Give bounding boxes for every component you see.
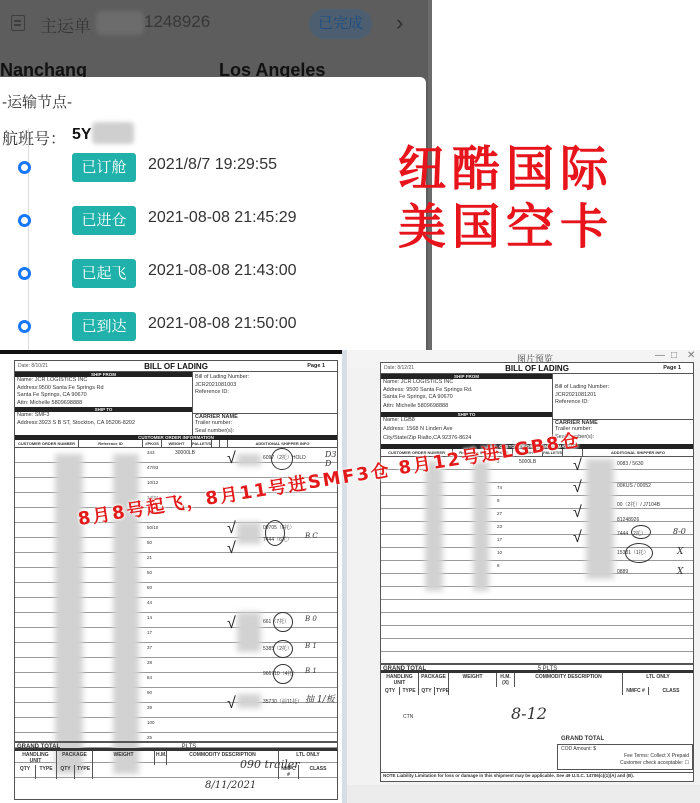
ship-from-attn: Attn: Michelle 5809698888	[381, 403, 552, 412]
pkgs-cell: 6	[497, 498, 500, 503]
check-mark-icon: √	[573, 529, 582, 547]
circle-mark	[273, 640, 293, 658]
carrier-label: CARRIER NAME	[193, 413, 337, 421]
circle-mark	[271, 448, 293, 470]
footer-header: HANDLING UNIT PACKAGE WEIGHT H.M. COMMOD…	[15, 751, 337, 765]
table-row	[381, 639, 693, 652]
ship-from-city: Santa Fe Springs, CA 90670	[15, 392, 192, 400]
timeline-item: 已进仓 2021-08-08 21:45:29	[0, 205, 426, 235]
bol-number: JCR2021081003	[193, 382, 337, 390]
timeline-time: 2021/8/7 19:29:55	[148, 156, 277, 174]
shipper-note: 35730（前11托）	[263, 698, 302, 705]
redacted-cell	[237, 522, 261, 544]
check-mark-icon: √	[227, 450, 236, 468]
pkgs-cell: 50	[147, 570, 152, 575]
bol-title: BILL OF LADING	[15, 362, 337, 371]
redacted-flight-number	[92, 122, 134, 144]
liability-note: NOTE Liability Limitation for loss or da…	[381, 772, 693, 778]
carrier-label: CARRIER NAME	[553, 419, 693, 427]
handwritten-note: B 0	[305, 615, 317, 623]
timeline-tag: 已到达	[72, 312, 136, 341]
document-icon	[11, 15, 25, 31]
pkgs-cell: 39	[147, 705, 152, 710]
pkgs-cell: 50	[147, 585, 152, 590]
bol-number: JCR2021081201	[553, 392, 693, 400]
reference-label: Reference ID:	[193, 389, 337, 397]
ship-to-address: Address:3923 S B ST, Stockton, CA 95206-…	[15, 420, 192, 428]
pkgs-cell: 343	[147, 450, 155, 455]
redacted-column	[586, 459, 614, 579]
handwritten-note: B 1	[305, 667, 317, 675]
check-mark-icon: √	[227, 520, 236, 538]
brand-line-2: 美国空卡	[398, 198, 658, 256]
ctn-label: CTN	[403, 714, 413, 720]
mawb-number: 1248926	[144, 12, 210, 32]
ship-from-address: Address:9500 Santa Fe Springs Rd	[15, 385, 192, 393]
pkgs-cell: 50/10	[147, 525, 158, 530]
footer-subheader: QTY TYPE QTY TYPE NMFC # CLASS	[15, 765, 337, 779]
bol-footer: GRAND TOTAL PLTS HANDLING UNIT PACKAGE W…	[15, 741, 337, 779]
pkgs-cell: 44	[147, 600, 152, 605]
pkgs-cell: 100	[147, 720, 155, 725]
check-mark-icon: √	[227, 695, 236, 713]
check-mark-icon: √	[227, 540, 236, 558]
shipper-note: 00（2托）/ J7104B	[617, 501, 660, 508]
close-icon[interactable]: ✕	[687, 350, 695, 361]
ship-from-name: Name: JCR LOGISTICS INC	[15, 377, 192, 385]
handwritten-note: B C	[305, 532, 318, 540]
timeline-dot-icon	[18, 320, 31, 333]
table-header: CUSTOMER ORDER NUMBER Reference ID #PKGS…	[15, 440, 337, 448]
brand-title: 纽酷国际 美国空卡	[398, 140, 658, 256]
handwritten-signature: 8-12	[511, 704, 547, 723]
check-mark-icon: √	[227, 615, 236, 633]
ship-from-address: Address: 9500 Santa Fe Springs Rd.	[381, 387, 552, 395]
circle-mark	[625, 543, 653, 563]
weight-value: 30000LB	[175, 450, 195, 456]
customer-order-table: CUSTOMER ORDER NUMBER Reference ID #PKGS…	[381, 449, 693, 652]
status-badge: 已完成	[309, 9, 372, 39]
pkgs-cell: 17	[147, 630, 152, 635]
handwritten-note: X	[677, 547, 683, 557]
timeline-time: 2021-08-08 21:50:00	[148, 315, 297, 333]
timeline-time: 2021-08-08 21:43:00	[148, 262, 297, 280]
timeline-tag: 已订舱	[72, 153, 136, 182]
pkgs-cell: 90	[147, 690, 152, 695]
seal-label: Seal number(s):	[193, 428, 337, 436]
bill-of-lading-smf3: Date: 8/10/21 BILL OF LADING Page 1 SHIP…	[0, 350, 346, 803]
redacted-column	[55, 454, 83, 774]
footer-header: HANDLING UNIT PACKAGE WEIGHT H.M. (X) CO…	[381, 673, 693, 687]
pkgs-cell: 27	[497, 511, 502, 516]
mawb-label: 主运单	[40, 12, 91, 37]
pkgs-cell: 25	[147, 735, 152, 740]
redacted-cell	[237, 454, 261, 466]
ship-to-name: Name: LGB8	[381, 417, 552, 426]
mawb-header[interactable]: 主运单 1248926 已完成 › Nanchang Los Angeles	[0, 0, 428, 78]
redacted-cell	[237, 612, 261, 652]
timeline-time: 2021-08-08 21:45:29	[148, 209, 297, 227]
check-mark-icon: √	[573, 457, 582, 475]
handwritten-note: B 1	[305, 642, 317, 650]
check-mark-icon: √	[573, 504, 582, 522]
circle-mark	[265, 520, 285, 546]
flight-label: 航班号：	[2, 126, 66, 149]
circle-mark	[273, 664, 293, 684]
pkgs-cell: 47/93	[147, 465, 158, 470]
bol-header: Date: 8/10/21 BILL OF LADING Page 1	[15, 361, 337, 372]
minimize-icon[interactable]: —	[655, 350, 665, 361]
maximize-icon[interactable]: □	[671, 350, 677, 361]
tracking-app-screenshot: 主运单 1248926 已完成 › Nanchang Los Angeles -…	[0, 0, 432, 352]
circle-mark	[631, 525, 651, 539]
redacted-column	[473, 461, 489, 591]
pkgs-cell: 10/12	[147, 480, 158, 485]
timeline-dot-icon	[18, 161, 31, 174]
ship-from-attn: Attn: Michelle 5809698888	[15, 400, 192, 408]
timeline-tag: 已起飞	[72, 259, 136, 288]
timeline-dot-icon	[18, 214, 31, 227]
timeline-item: 已订舱 2021/8/7 19:29:55	[0, 152, 426, 182]
flight-number: 5Y	[72, 126, 92, 144]
pkgs-cell: 21	[147, 555, 152, 560]
cod-box: COD Amount: $ Fee Terms: Collect X Prepa…	[557, 744, 693, 770]
ship-to-name: Name: SMF3	[15, 412, 192, 420]
trailer-label: Trailer number:	[193, 420, 337, 428]
ship-from-name: Name: JCR LOGISTICS INC	[381, 379, 552, 387]
shipper-note: 00KUS / 00052	[617, 483, 651, 489]
bol-form: Date: 8/10/21 BILL OF LADING Page 1 SHIP…	[14, 360, 338, 800]
footer-subheader: QTY TYPE QTY TYPE NMFC # CLASS	[381, 687, 693, 695]
check-mark-icon: √	[573, 479, 582, 497]
bol-page: Page 1	[307, 363, 325, 369]
table-row	[381, 613, 693, 626]
bol-footer: GRAND TOTAL 5 PLTS HANDLING UNIT PACKAGE…	[381, 663, 693, 695]
grand-total: GRAND TOTAL PLTS	[15, 742, 337, 751]
reference-label: Reference ID:	[553, 399, 693, 407]
table-row	[381, 626, 693, 639]
chevron-right-icon[interactable]: ›	[396, 10, 403, 36]
shipper-note: 0083 / 5630	[617, 461, 643, 467]
shipper-note: 81248926	[617, 517, 639, 523]
table-row	[381, 600, 693, 613]
pkgs-cell: 84	[147, 675, 152, 680]
pkgs-cell: 17	[497, 537, 502, 542]
timeline-tag: 已进仓	[72, 206, 136, 235]
brand-line-1: 纽酷国际	[398, 140, 658, 198]
grand-total: GRAND TOTAL 5 PLTS	[381, 664, 693, 673]
handwritten-date: 8/11/2021	[205, 780, 256, 791]
viewer-bottom-bar	[347, 785, 700, 803]
handwritten-note: X	[677, 567, 683, 577]
redacted-column	[425, 461, 443, 591]
pkgs-cell: 74	[497, 485, 502, 490]
ship-from-city: Santa Fe Springs, CA 90670	[381, 394, 552, 403]
shipper-note: 0889	[617, 569, 628, 575]
timeline-dot-icon	[18, 267, 31, 280]
pkgs-cell: 28	[147, 660, 152, 665]
bol-page: Page 1	[663, 365, 681, 371]
bill-of-lading-lgb8: Date: 8/12/21 BILL OF LADING Page 1 SHIP…	[380, 362, 694, 782]
bol-title: BILL OF LADING	[381, 364, 693, 373]
pkgs-cell: 8	[497, 563, 500, 568]
sheet-title: -运输节点-	[2, 91, 72, 112]
pkgs-cell: 37	[147, 645, 152, 650]
timeline-item: 已起飞 2021-08-08 21:43:00	[0, 258, 426, 288]
pkgs-cell: 10	[497, 550, 502, 555]
bol-header: Date: 8/12/21 BILL OF LADING Page 1	[381, 363, 693, 374]
timeline-item: 已到达 2021-08-08 21:50:00	[0, 311, 426, 341]
pkgs-cell: 14	[147, 615, 152, 620]
pkgs-cell: 50	[147, 540, 152, 545]
redacted-cell	[237, 694, 261, 708]
bol-number-label: Bill of Lading Number:	[193, 374, 337, 382]
bol-number-label: Bill of Lading Number:	[553, 384, 693, 392]
handwritten-note: 8-0	[673, 527, 686, 536]
handwritten-note: 抽 1/板	[305, 692, 335, 705]
pkgs-cell: 23	[497, 524, 502, 529]
circle-mark	[273, 612, 293, 632]
bol-parties: SHIP FROM Name: JCR LOGISTICS INC Addres…	[15, 372, 337, 435]
redacted-mawb-prefix	[96, 11, 144, 35]
